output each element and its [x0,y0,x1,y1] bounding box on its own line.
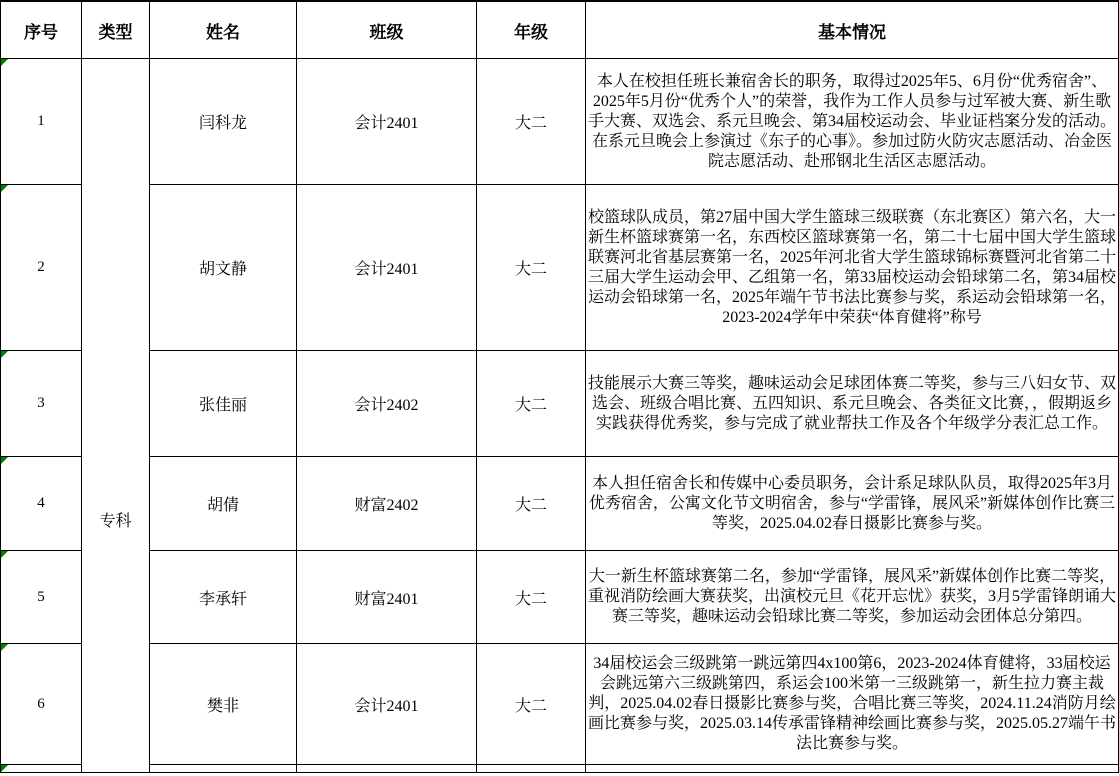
cell-grade-3[interactable]: 大二 [477,351,586,457]
cell-grade-5[interactable]: 大二 [477,551,586,644]
cell-details-2[interactable]: 校篮球队成员，第27届中国大学生篮球三级联赛（东北赛区）第六名，大一新生杯篮球赛… [586,185,1119,351]
cell-details-4[interactable]: 本人担任宿舍长和传媒中心委员职务，会计系足球队队员，取得2025年3月优秀宿舍，… [586,457,1119,551]
details-text: 大一新生杯篮球赛第二名，参加“学雷锋，展风采”新媒体创作比赛二等奖，重视消防绘画… [588,568,1116,625]
grade: 大二 [515,397,547,414]
cell-details-5[interactable]: 大一新生杯篮球赛第二名，参加“学雷锋，展风采”新媒体创作比赛二等奖，重视消防绘画… [586,551,1119,644]
grade: 大二 [515,698,547,715]
grade: 大二 [515,497,547,514]
student-name: 李承轩 [199,591,247,608]
table-row: 3 张佳丽 会计2402 大二 技能展示大赛三等奖，趣味运动会足球团体赛二等奖，… [1,351,1119,457]
details-text: 34届校运会三级跳第一跳远第四4x100第6，2023-2024体育健将，33届… [588,655,1116,752]
cell-grade-7[interactable] [477,765,586,773]
details-text: 校篮球队成员，第27届中国大学生篮球三级联赛（东北赛区）第六名，大一新生杯篮球赛… [588,209,1116,326]
header-type[interactable]: 类型 [82,1,150,59]
excel-error-triangle-icon [1,185,8,192]
class-name: 会计2401 [354,115,418,132]
cell-class-7[interactable] [297,765,477,773]
cell-name-6[interactable]: 樊非 [150,644,297,765]
cell-no-2[interactable]: 2 [1,185,82,351]
row-number: 4 [37,495,45,511]
details-text: 本人担任宿舍长和传媒中心委员职务，会计系足球队队员，取得2025年3月优秀宿舍，… [589,475,1115,532]
cell-class-3[interactable]: 会计2402 [297,351,477,457]
table-row: 4 胡倩 财富2402 大二 本人担任宿舍长和传媒中心委员职务，会计系足球队队员… [1,457,1119,551]
cell-type-merged[interactable]: 专科 [82,59,150,773]
cell-no-7[interactable] [1,765,82,773]
student-name: 胡文静 [199,261,247,278]
cell-no-6[interactable]: 6 [1,644,82,765]
cell-class-2[interactable]: 会计2401 [297,185,477,351]
header-details[interactable]: 基本情况 [586,1,1119,59]
cell-details-3[interactable]: 技能展示大赛三等奖，趣味运动会足球团体赛二等奖，参与三八妇女节、双选会、班级合唱… [586,351,1119,457]
class-name: 会计2401 [354,698,418,715]
cell-name-1[interactable]: 闫科龙 [150,59,297,185]
cell-no-3[interactable]: 3 [1,351,82,457]
grade: 大二 [515,261,547,278]
cell-no-5[interactable]: 5 [1,551,82,644]
header-grade[interactable]: 年级 [477,1,586,59]
details-text: 技能展示大赛三等奖，趣味运动会足球团体赛二等奖，参与三八妇女节、双选会、班级合唱… [588,375,1116,432]
table-row-partial [1,765,1119,773]
table-header-row: 序号 类型 姓名 班级 年级 基本情况 [1,1,1119,59]
row-number: 1 [37,113,45,129]
table-row: 5 李承轩 财富2401 大二 大一新生杯篮球赛第二名，参加“学雷锋，展风采”新… [1,551,1119,644]
cell-no-4[interactable]: 4 [1,457,82,551]
excel-error-triangle-icon [1,59,8,66]
excel-error-triangle-icon [1,351,8,358]
cell-details-1[interactable]: 本人在校担任班长兼宿舍长的职务，取得过2025年5、6月份“优秀宿舍”、2025… [586,59,1119,185]
cell-grade-2[interactable]: 大二 [477,185,586,351]
class-name: 会计2401 [354,261,418,278]
student-name: 樊非 [207,698,239,715]
cell-grade-6[interactable]: 大二 [477,644,586,765]
table-row: 1 专科 闫科龙 会计2401 大二 本人在校担任班长兼宿舍长的职务，取得过20… [1,59,1119,185]
details-text: 本人在校担任班长兼宿舍长的职务，取得过2025年5、6月份“优秀宿舍”、2025… [588,73,1116,170]
cell-name-4[interactable]: 胡倩 [150,457,297,551]
cell-name-2[interactable]: 胡文静 [150,185,297,351]
cell-name-3[interactable]: 张佳丽 [150,351,297,457]
excel-error-triangle-icon [1,457,8,464]
excel-error-triangle-icon [1,644,8,651]
cell-details-6[interactable]: 34届校运会三级跳第一跳远第四4x100第6，2023-2024体育健将，33届… [586,644,1119,765]
table-row: 2 胡文静 会计2401 大二 校篮球队成员，第27届中国大学生篮球三级联赛（东… [1,185,1119,351]
header-no[interactable]: 序号 [1,1,82,59]
cell-grade-4[interactable]: 大二 [477,457,586,551]
header-name[interactable]: 姓名 [150,1,297,59]
class-name: 财富2401 [354,591,418,608]
student-name: 胡倩 [207,497,239,514]
row-number: 6 [37,696,45,712]
grade: 大二 [515,591,547,608]
cell-grade-1[interactable]: 大二 [477,59,586,185]
row-number: 5 [37,589,45,605]
student-name: 闫科龙 [199,115,247,132]
cell-details-7[interactable] [586,765,1119,773]
student-awards-table: 序号 类型 姓名 班级 年级 基本情况 1 专科 闫科龙 会计2401 大二 本… [0,0,1119,773]
table-row: 6 樊非 会计2401 大二 34届校运会三级跳第一跳远第四4x100第6，20… [1,644,1119,765]
grade: 大二 [515,115,547,132]
cell-name-7[interactable] [150,765,297,773]
student-name: 张佳丽 [199,397,247,414]
cell-class-1[interactable]: 会计2401 [297,59,477,185]
cell-no-1[interactable]: 1 [1,59,82,185]
class-name: 财富2402 [354,497,418,514]
class-name: 会计2402 [354,397,418,414]
excel-error-triangle-icon [1,765,8,772]
cell-class-6[interactable]: 会计2401 [297,644,477,765]
type-label: 专科 [82,508,149,531]
cell-class-5[interactable]: 财富2401 [297,551,477,644]
cell-name-5[interactable]: 李承轩 [150,551,297,644]
header-class[interactable]: 班级 [297,1,477,59]
excel-error-triangle-icon [1,551,8,558]
row-number: 3 [37,395,45,411]
cell-class-4[interactable]: 财富2402 [297,457,477,551]
row-number: 2 [37,259,45,275]
